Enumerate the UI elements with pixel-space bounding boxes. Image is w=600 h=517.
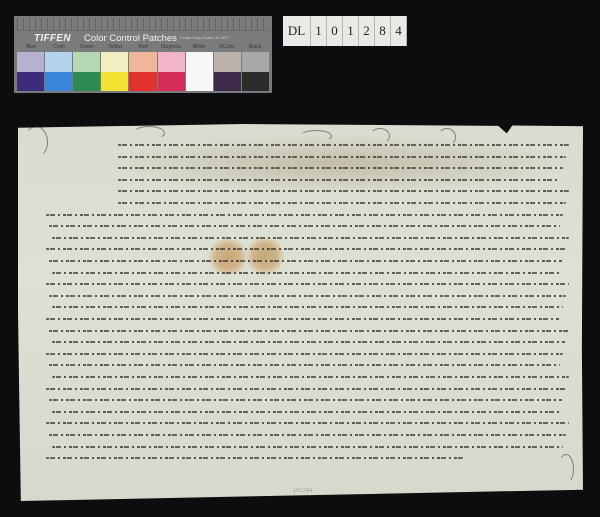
handwriting-line [49,364,560,366]
handwriting-line [49,399,563,401]
color-patch-white [186,52,213,91]
ruler-scale [17,18,269,31]
handwriting-line [52,411,560,413]
closing-flourish [558,454,574,484]
handwriting-line [52,446,563,448]
archive-digit: 0 [327,16,343,46]
color-control-chart: TIFFEN Color Control Patches Kodak Gray … [14,16,272,93]
age-stain [98,134,578,194]
archive-digit: 1 [311,16,327,46]
handwriting-line [118,156,566,158]
heading-flourish [300,130,332,142]
color-patch-cyan [45,52,72,91]
chart-brand: TIFFEN [34,33,71,44]
chart-title: Color Control Patches [84,33,177,44]
handwriting-line [46,422,569,424]
handwriting-line [52,341,566,343]
handwriting-line [49,295,566,297]
archive-number-label: DL 101284 [283,16,407,46]
handwriting-line [49,330,569,332]
color-patch-blue [17,52,44,91]
archive-prefix: DL [283,16,311,46]
color-patch-3-color [214,52,241,91]
archive-digit: 1 [343,16,359,46]
initial-flourish [24,126,48,158]
chart-fine-print: Kodak Gray Scale Ltd 1977 [180,35,229,40]
handwriting-line [118,179,560,181]
heading-flourish [133,126,165,140]
handwriting-line [46,388,566,390]
handwriting-line [49,434,566,436]
handwriting-line [52,272,560,274]
handwriting-line [46,318,560,320]
handwriting-line [118,202,566,204]
handwriting-line [46,457,463,459]
color-patch-black [242,52,269,91]
accession-stamp: 101284 [293,488,313,494]
handwriting-line [46,283,569,285]
color-patches [17,52,269,91]
heading-flourish [370,128,390,144]
seal-stain [208,239,248,275]
color-patch-yellow [101,52,128,91]
archive-digit: 4 [391,16,407,46]
charter-parchment [18,124,583,501]
seal-stain [246,237,284,275]
handwriting-line [46,353,563,355]
handwriting-line [49,260,563,262]
handwriting-line [46,248,566,250]
color-patch-magenta [158,52,185,91]
color-patch-red [129,52,156,91]
handwriting-line [52,306,563,308]
handwriting-line [52,376,569,378]
color-patch-green [73,52,100,91]
archive-digit: 2 [359,16,375,46]
handwriting-line [49,225,560,227]
handwriting-line [118,167,563,169]
handwriting-line [52,237,569,239]
handwriting-line [118,144,569,146]
handwriting-line [46,214,563,216]
archive-digit: 8 [375,16,391,46]
